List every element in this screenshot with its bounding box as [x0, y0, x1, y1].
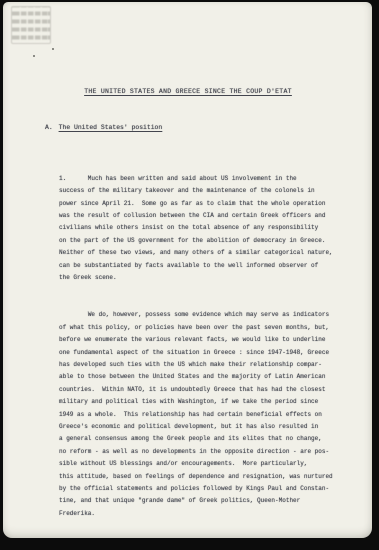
body-paragraph-2: We do, however, possess some evidence wh…: [59, 309, 343, 520]
ink-speck: [33, 55, 35, 57]
ink-speck: [52, 48, 54, 50]
archive-stamp-texture: [14, 7, 48, 43]
body-paragraph-1: 1. Much has been written and said about …: [59, 173, 343, 285]
section-letter: A.: [45, 124, 53, 131]
archive-stamp-icon: [11, 6, 51, 44]
scanned-document-screenshot: THE UNITED STATES AND GREECE SINCE THE C…: [0, 0, 379, 550]
document-page: THE UNITED STATES AND GREECE SINCE THE C…: [3, 2, 372, 538]
section-heading: A.The United States' position: [45, 124, 162, 131]
section-heading-label: The United States' position: [59, 124, 163, 131]
document-title: THE UNITED STATES AND GREECE SINCE THE C…: [53, 88, 323, 95]
document-body: 1. Much has been written and said about …: [59, 148, 343, 545]
